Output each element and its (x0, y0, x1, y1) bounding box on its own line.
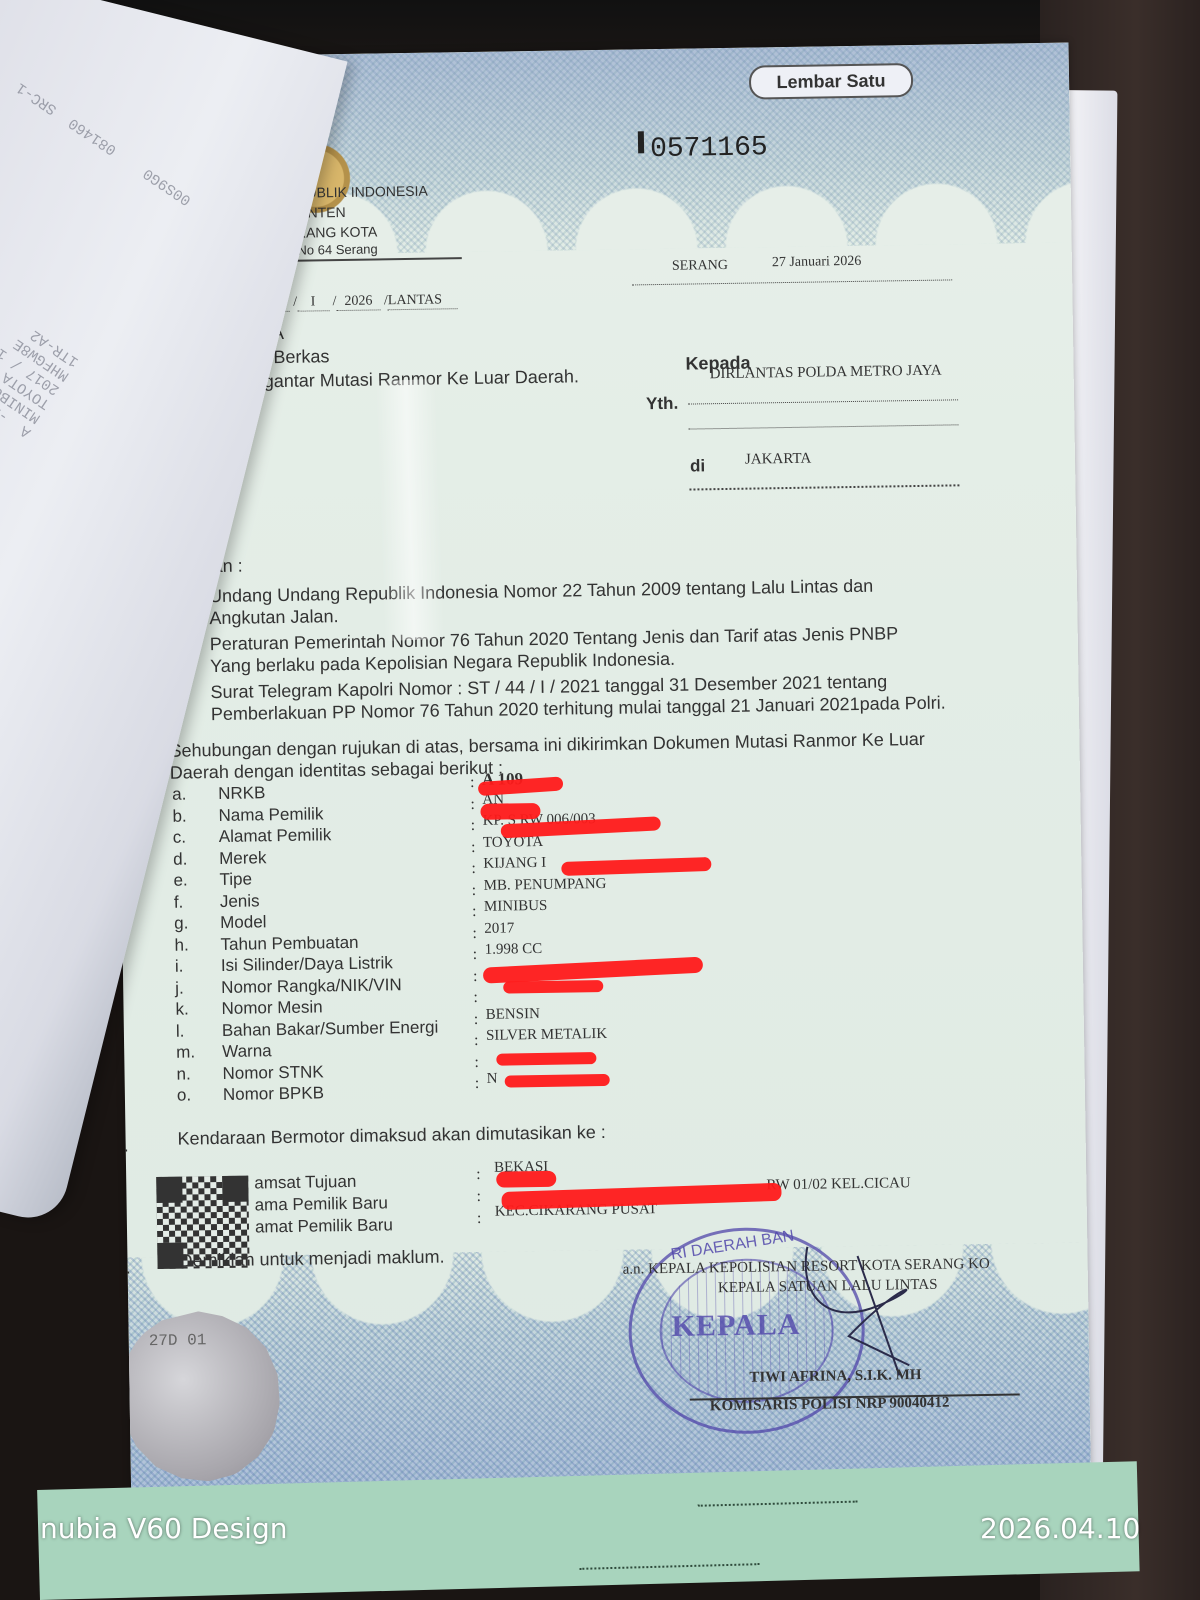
field-value: KIJANG I (483, 855, 546, 873)
field-colon: : (473, 946, 478, 964)
camera-brand-watermark: nubia V60 Design (40, 1512, 287, 1545)
serial-marker (638, 131, 644, 153)
field-colon: : (476, 1166, 481, 1184)
field-colon: : (474, 1032, 479, 1050)
recipient-city: JAKARTA (745, 451, 811, 469)
field-marker: i. (175, 957, 184, 977)
field-colon: : (472, 924, 477, 942)
field-colon: : (470, 774, 475, 792)
field-marker: k. (175, 999, 189, 1019)
redaction (561, 857, 711, 876)
section-2-line-1: Sehubungan dengan rujukan di atas, bersa… (169, 729, 925, 762)
section-2-line-2: Daerah dengan identitas sebagai berikut … (170, 758, 504, 784)
field-marker: c. (173, 828, 187, 848)
field-marker: n. (176, 1064, 190, 1084)
field-colon: : (471, 838, 476, 856)
recipient-name: DIRLANTAS POLDA METRO JAYA (710, 363, 942, 384)
field-colon: : (471, 860, 476, 878)
destination-label: ama Pemilik Baru (254, 1193, 388, 1215)
field-marker: e. (173, 870, 187, 890)
date: 27 Januari 2026 (772, 254, 862, 271)
di-label: di (690, 456, 705, 476)
signatory-name: TIWI AFRINA, S.I.K. MH (749, 1367, 921, 1387)
field-marker: m. (176, 1042, 195, 1062)
field-label: Isi Silinder/Daya Listrik (221, 953, 393, 976)
rujukan-a-line-2: Angkutan Jalan. (209, 606, 338, 629)
field-label: Nomor STNK (222, 1062, 323, 1084)
field-colon: : (473, 989, 478, 1007)
field-label: Nomor BPKB (223, 1083, 324, 1105)
field-value: MB. PENUMPANG (484, 875, 607, 894)
field-label: Tipe (219, 869, 252, 890)
field-marker: g. (174, 913, 188, 933)
field-colon: : (472, 903, 477, 921)
field-value: 1.998 CC (485, 941, 543, 959)
field-label: Alamat Pemilik (219, 825, 332, 847)
field-marker: b. (172, 806, 186, 826)
field-value: MINIBUS (484, 898, 548, 916)
field-value: BENSIN (486, 1005, 540, 1023)
serial-number: 0571165 (650, 132, 768, 165)
field-colon: : (470, 795, 475, 813)
field-label: Warna (222, 1041, 272, 1062)
redaction (503, 980, 603, 994)
field-value: 2017 (484, 920, 514, 937)
destination-label: amat Pemilik Baru (255, 1215, 393, 1237)
field-marker: l. (176, 1021, 185, 1041)
destination-value: RW 01/02 KEL.CICAU (766, 1175, 911, 1194)
field-colon: : (471, 817, 476, 835)
field-colon: : (474, 1010, 479, 1028)
field-label: Merek (219, 848, 267, 869)
recipient-line-2 (688, 424, 958, 429)
light-glare (375, 379, 444, 641)
field-marker: o. (177, 1085, 191, 1105)
redaction (505, 1074, 610, 1088)
field-colon: : (474, 1053, 479, 1071)
section-3-number: 3. (114, 1135, 129, 1156)
section-4-number: 4. (115, 1257, 130, 1278)
sheet-label: Lembar Satu (749, 63, 914, 100)
field-marker: d. (173, 849, 187, 869)
field-colon: : (473, 967, 478, 985)
date-dotted-line (632, 279, 952, 285)
recipient-line-1 (688, 399, 958, 404)
camera-date-watermark: 2026.04.10 (980, 1512, 1140, 1545)
field-label: Jenis (220, 891, 260, 912)
field-marker: h. (174, 935, 188, 955)
field-label: Bahan Bakar/Sumber Energi (222, 1017, 439, 1040)
redaction (496, 1171, 556, 1188)
section-4-text: Demikian untuk menjadi maklum. (179, 1247, 444, 1272)
recipient-line-3 (689, 484, 959, 490)
field-label: Model (220, 912, 267, 933)
redaction (496, 1052, 596, 1066)
field-colon: : (476, 1188, 481, 1206)
field-marker: a. (172, 785, 186, 805)
field-label: Nomor Rangka/NIK/VIN (221, 975, 402, 998)
destination-label: amsat Tujuan (254, 1172, 356, 1194)
field-marker: f. (174, 892, 184, 912)
handwritten-signature-icon (787, 1235, 929, 1387)
redaction (480, 803, 540, 820)
yth-label: Yth. (646, 394, 678, 415)
field-label: NRKB (218, 783, 266, 804)
field-colon: : (472, 881, 477, 899)
field-colon: : (475, 1075, 480, 1093)
field-value: SILVER METALIK (486, 1026, 607, 1045)
section-3-title: Kendaraan Bermotor dimaksud akan dimutas… (177, 1122, 606, 1150)
field-label: Nama Pemilik (218, 804, 323, 826)
place: SERANG (672, 258, 728, 275)
field-marker: j. (175, 978, 184, 998)
field-colon: : (477, 1210, 482, 1228)
field-value: N (487, 1071, 498, 1088)
field-label: Tahun Pembuatan (220, 932, 358, 954)
rujukan-a-line-1: Undang Undang Republik Indonesia Nomor 2… (209, 576, 873, 607)
field-label: Nomor Mesin (221, 997, 322, 1019)
